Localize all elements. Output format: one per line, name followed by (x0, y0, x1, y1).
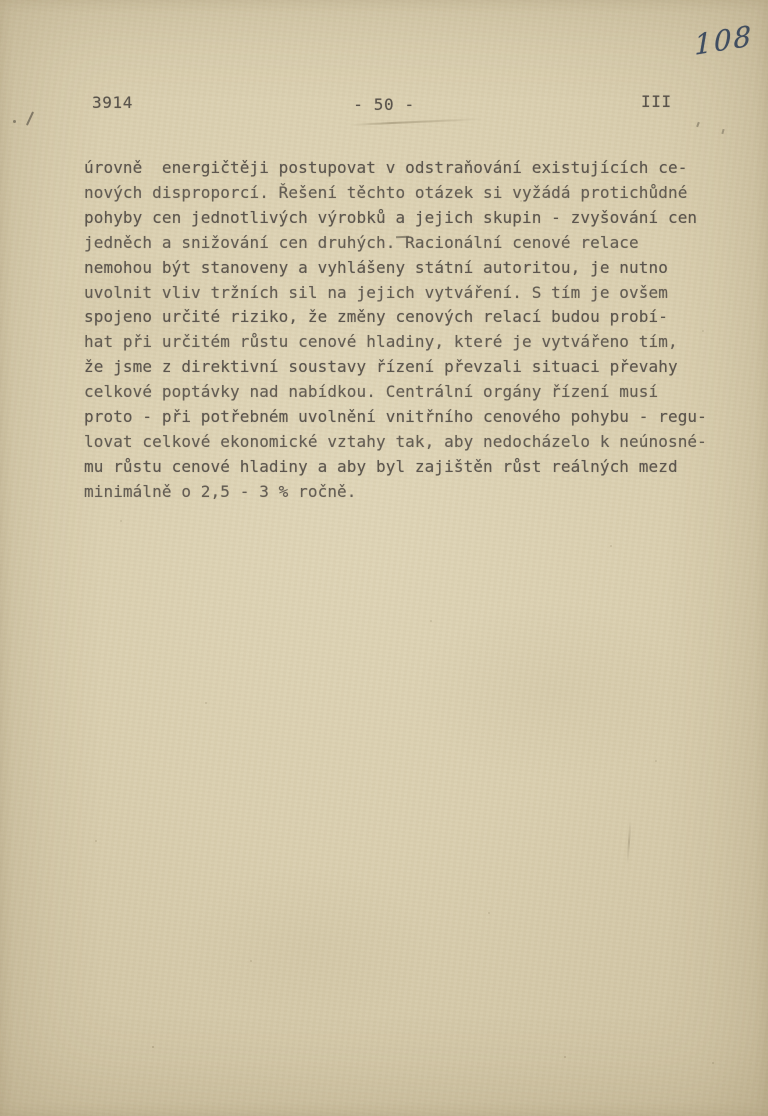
header-page-number: - 50 - (353, 95, 414, 114)
pen-stroke-mark (26, 111, 34, 125)
ink-dot-mark (13, 120, 16, 123)
text-line: že jsme z direktivní soustavy řízení pře… (84, 355, 724, 380)
text-line: lovat celkové ekonomické vztahy tak, aby… (84, 430, 724, 455)
header-section-numeral: III (641, 92, 672, 111)
scanned-document-page: 108 3914 - 50 - III úrovně energičtěji p… (0, 0, 768, 1116)
text-line: nemohou být stanoveny a vyhlášeny státní… (84, 256, 724, 281)
paper-crease (626, 820, 631, 864)
header-document-number: 3914 (92, 93, 133, 112)
paper-speck (696, 122, 700, 127)
text-line: spojeno určité riziko, že změny cenových… (84, 305, 724, 330)
text-line: pohyby cen jednotlivých výrobků a jejich… (84, 206, 724, 231)
text-line: mu růstu cenové hladiny a aby byl zajišt… (84, 455, 724, 480)
text-line: celkové poptávky nad nabídkou. Centrální… (84, 380, 724, 405)
text-line: minimálně o 2,5 - 3 % ročně. (84, 480, 724, 505)
text-line: jedněch a snižování cen druhých. Racioná… (84, 231, 724, 256)
typewritten-paragraph: úrovně energičtěji postupovat v odstraňo… (84, 156, 724, 505)
paper-speck (721, 129, 724, 134)
text-line: uvolnit vliv tržních sil na jejich vytvá… (84, 281, 724, 306)
text-line: hat při určitém růstu cenové hladiny, kt… (84, 330, 724, 355)
paper-fiber-specks (0, 0, 2, 2)
text-line: nových disproporcí. Řešení těchto otázek… (84, 181, 724, 206)
text-line: úrovně energičtěji postupovat v odstraňo… (84, 156, 724, 181)
text-line: proto - při potřebném uvolnění vnitřního… (84, 405, 724, 430)
handwritten-page-number: 108 (694, 19, 753, 62)
paper-crease (350, 118, 482, 126)
